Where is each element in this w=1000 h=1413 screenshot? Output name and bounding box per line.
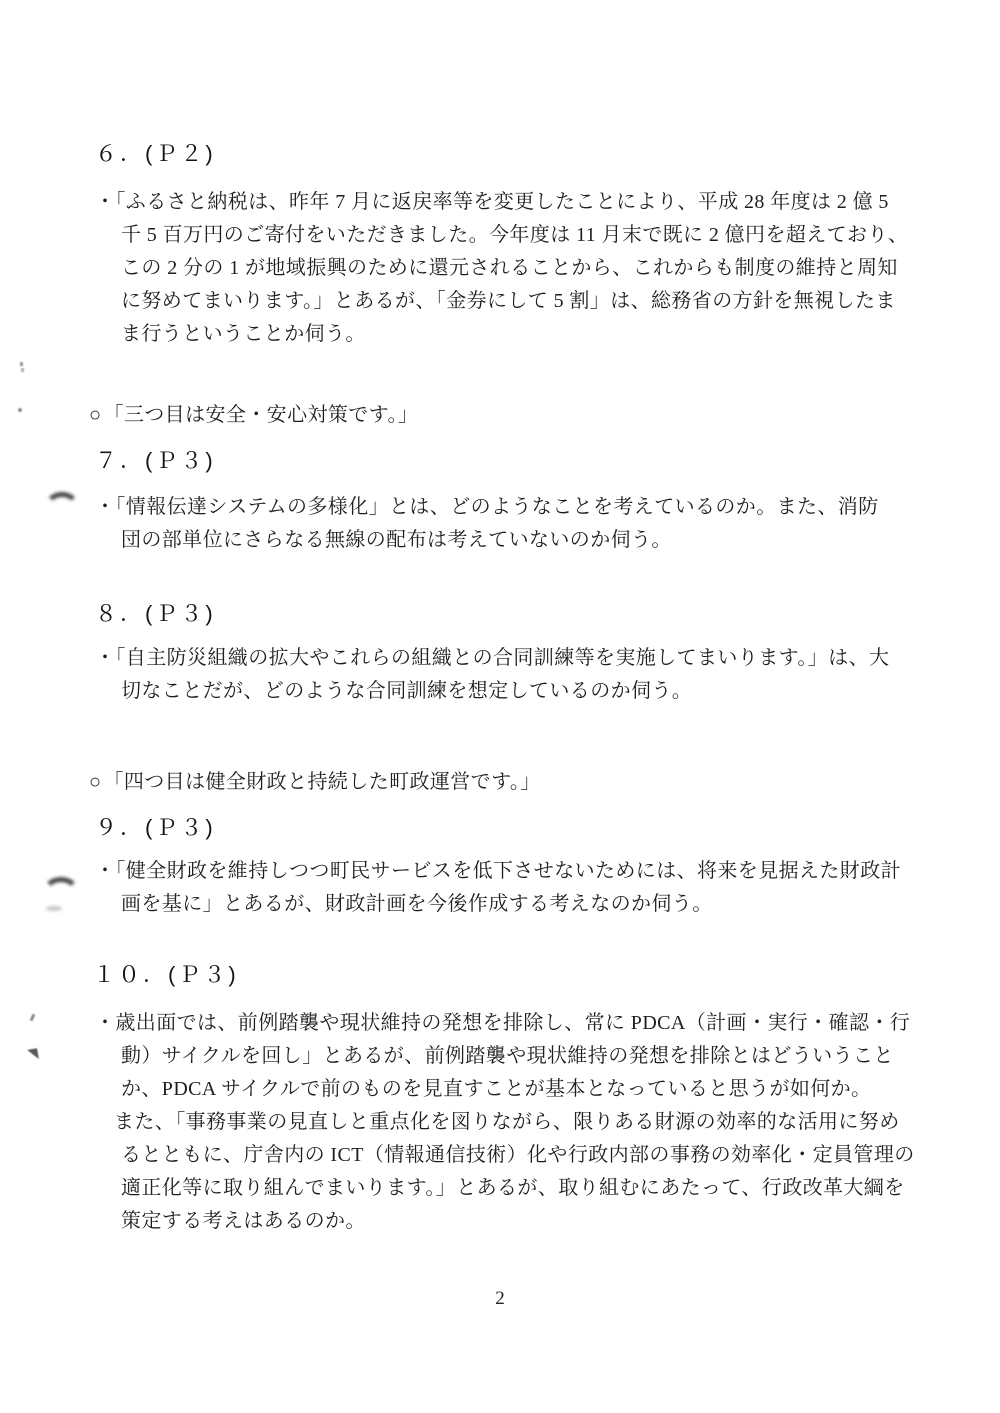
statement-text: 「三つ目は安全・安心対策です。」 (103, 404, 418, 426)
scan-artifact-speck (27, 1048, 39, 1061)
statement-third-pillar: ○「三つ目は安全・安心対策です。」 (89, 399, 418, 432)
scan-artifact-speck (18, 408, 22, 412)
section-8-heading: ８．(Ｐ３) (95, 600, 216, 628)
page-number: 2 (0, 1288, 1000, 1310)
paragraph-line: また、「事務事業の見直しと重点化を図りながら、限りある財源の効率的な活用に努め (114, 1106, 915, 1139)
paragraph-line: 切なことだが、どのような合同訓練を想定しているのか伺う。 (121, 675, 889, 708)
paragraph-line: 動）サイクルを回し」とあるが、前例踏襲や現状維持の発想を排除とはどういうこと (121, 1040, 915, 1073)
paragraph-line: 団の部単位にさらなる無線の配布は考えていないのか伺う。 (121, 524, 879, 557)
scan-artifact-smudge (46, 906, 62, 911)
section-10-paragraph: ・歳出面では、前例踏襲や現状維持の発想を排除し、常に PDCA（計画・実行・確認… (95, 1007, 915, 1238)
paragraph-line: ・「自主防災組織の拡大やこれらの組織との合同訓練等を実施してまいります。」は、大 (95, 642, 889, 675)
paragraph-line: か、PDCA サイクルで前のものを見直すことが基本となっていると思うが如何か。 (121, 1073, 915, 1106)
paragraph-line: ま行うということか伺う。 (121, 318, 908, 351)
scan-artifact-arc (44, 492, 80, 524)
paragraph-line: るとともに、庁舎内の ICT（情報通信技術）化や行政内部の事務の効率化・定員管理… (121, 1139, 915, 1172)
section-9-heading: ９．(Ｐ３) (95, 814, 216, 842)
paragraph-line: ・「情報伝達システムの多様化」とは、どのようなことを考えているのか。また、消防 (95, 491, 879, 524)
statement-text: 「四つ目は健全財政と持続した町政運営です。」 (103, 771, 540, 793)
paragraph-line: この 2 分の 1 が地域振興のために還元されることから、これからも制度の維持と… (121, 252, 908, 285)
paragraph-line: ・「ふるさと納税は、昨年 7 月に返戻率等を変更したことにより、平成 28 年度… (95, 186, 908, 219)
section-9-paragraph: ・「健全財政を維持しつつ町民サービスを低下させないためには、将来を見据えた財政計… (95, 855, 901, 921)
statement-fourth-pillar: ○「四つ目は健全財政と持続した町政運営です。」 (89, 766, 541, 799)
section-7-paragraph: ・「情報伝達システムの多様化」とは、どのようなことを考えているのか。また、消防 … (95, 491, 879, 557)
circle-marker-icon: ○ (89, 404, 101, 426)
paragraph-line: 千 5 百万円のご寄付をいただきました。今年度は 11 月末で既に 2 億円を超… (121, 219, 908, 252)
scan-artifact-speck (30, 1014, 36, 1022)
paragraph-line: ・歳出面では、前例踏襲や現状維持の発想を排除し、常に PDCA（計画・実行・確認… (95, 1007, 915, 1040)
circle-marker-icon: ○ (89, 771, 101, 793)
paragraph-line: ・「健全財政を維持しつつ町民サービスを低下させないためには、将来を見据えた財政計 (95, 855, 901, 888)
section-8-paragraph: ・「自主防災組織の拡大やこれらの組織との合同訓練等を実施してまいります。」は、大… (95, 642, 889, 708)
paragraph-line: 適正化等に取り組んでまいります。」とあるが、取り組むにあたって、行政改革大綱を (121, 1172, 915, 1205)
scanned-document-page: ６．(Ｐ２) ・「ふるさと納税は、昨年 7 月に返戻率等を変更したことにより、平… (0, 0, 1000, 1413)
section-10-heading: １０．(Ｐ３) (93, 961, 239, 989)
section-6-paragraph: ・「ふるさと納税は、昨年 7 月に返戻率等を変更したことにより、平成 28 年度… (95, 186, 908, 351)
paragraph-line: 策定する考えはあるのか。 (121, 1205, 915, 1238)
scan-artifact-speck (20, 362, 23, 366)
section-6-heading: ６．(Ｐ２) (95, 140, 216, 168)
section-7-heading: ７．(Ｐ３) (95, 447, 216, 475)
paragraph-line: に努めてまいります。」とあるが、「金券にして 5 割」は、総務省の方針を無視した… (121, 285, 908, 318)
paragraph-line: 画を基に」とあるが、財政計画を今後作成する考えなのか伺う。 (121, 888, 901, 921)
